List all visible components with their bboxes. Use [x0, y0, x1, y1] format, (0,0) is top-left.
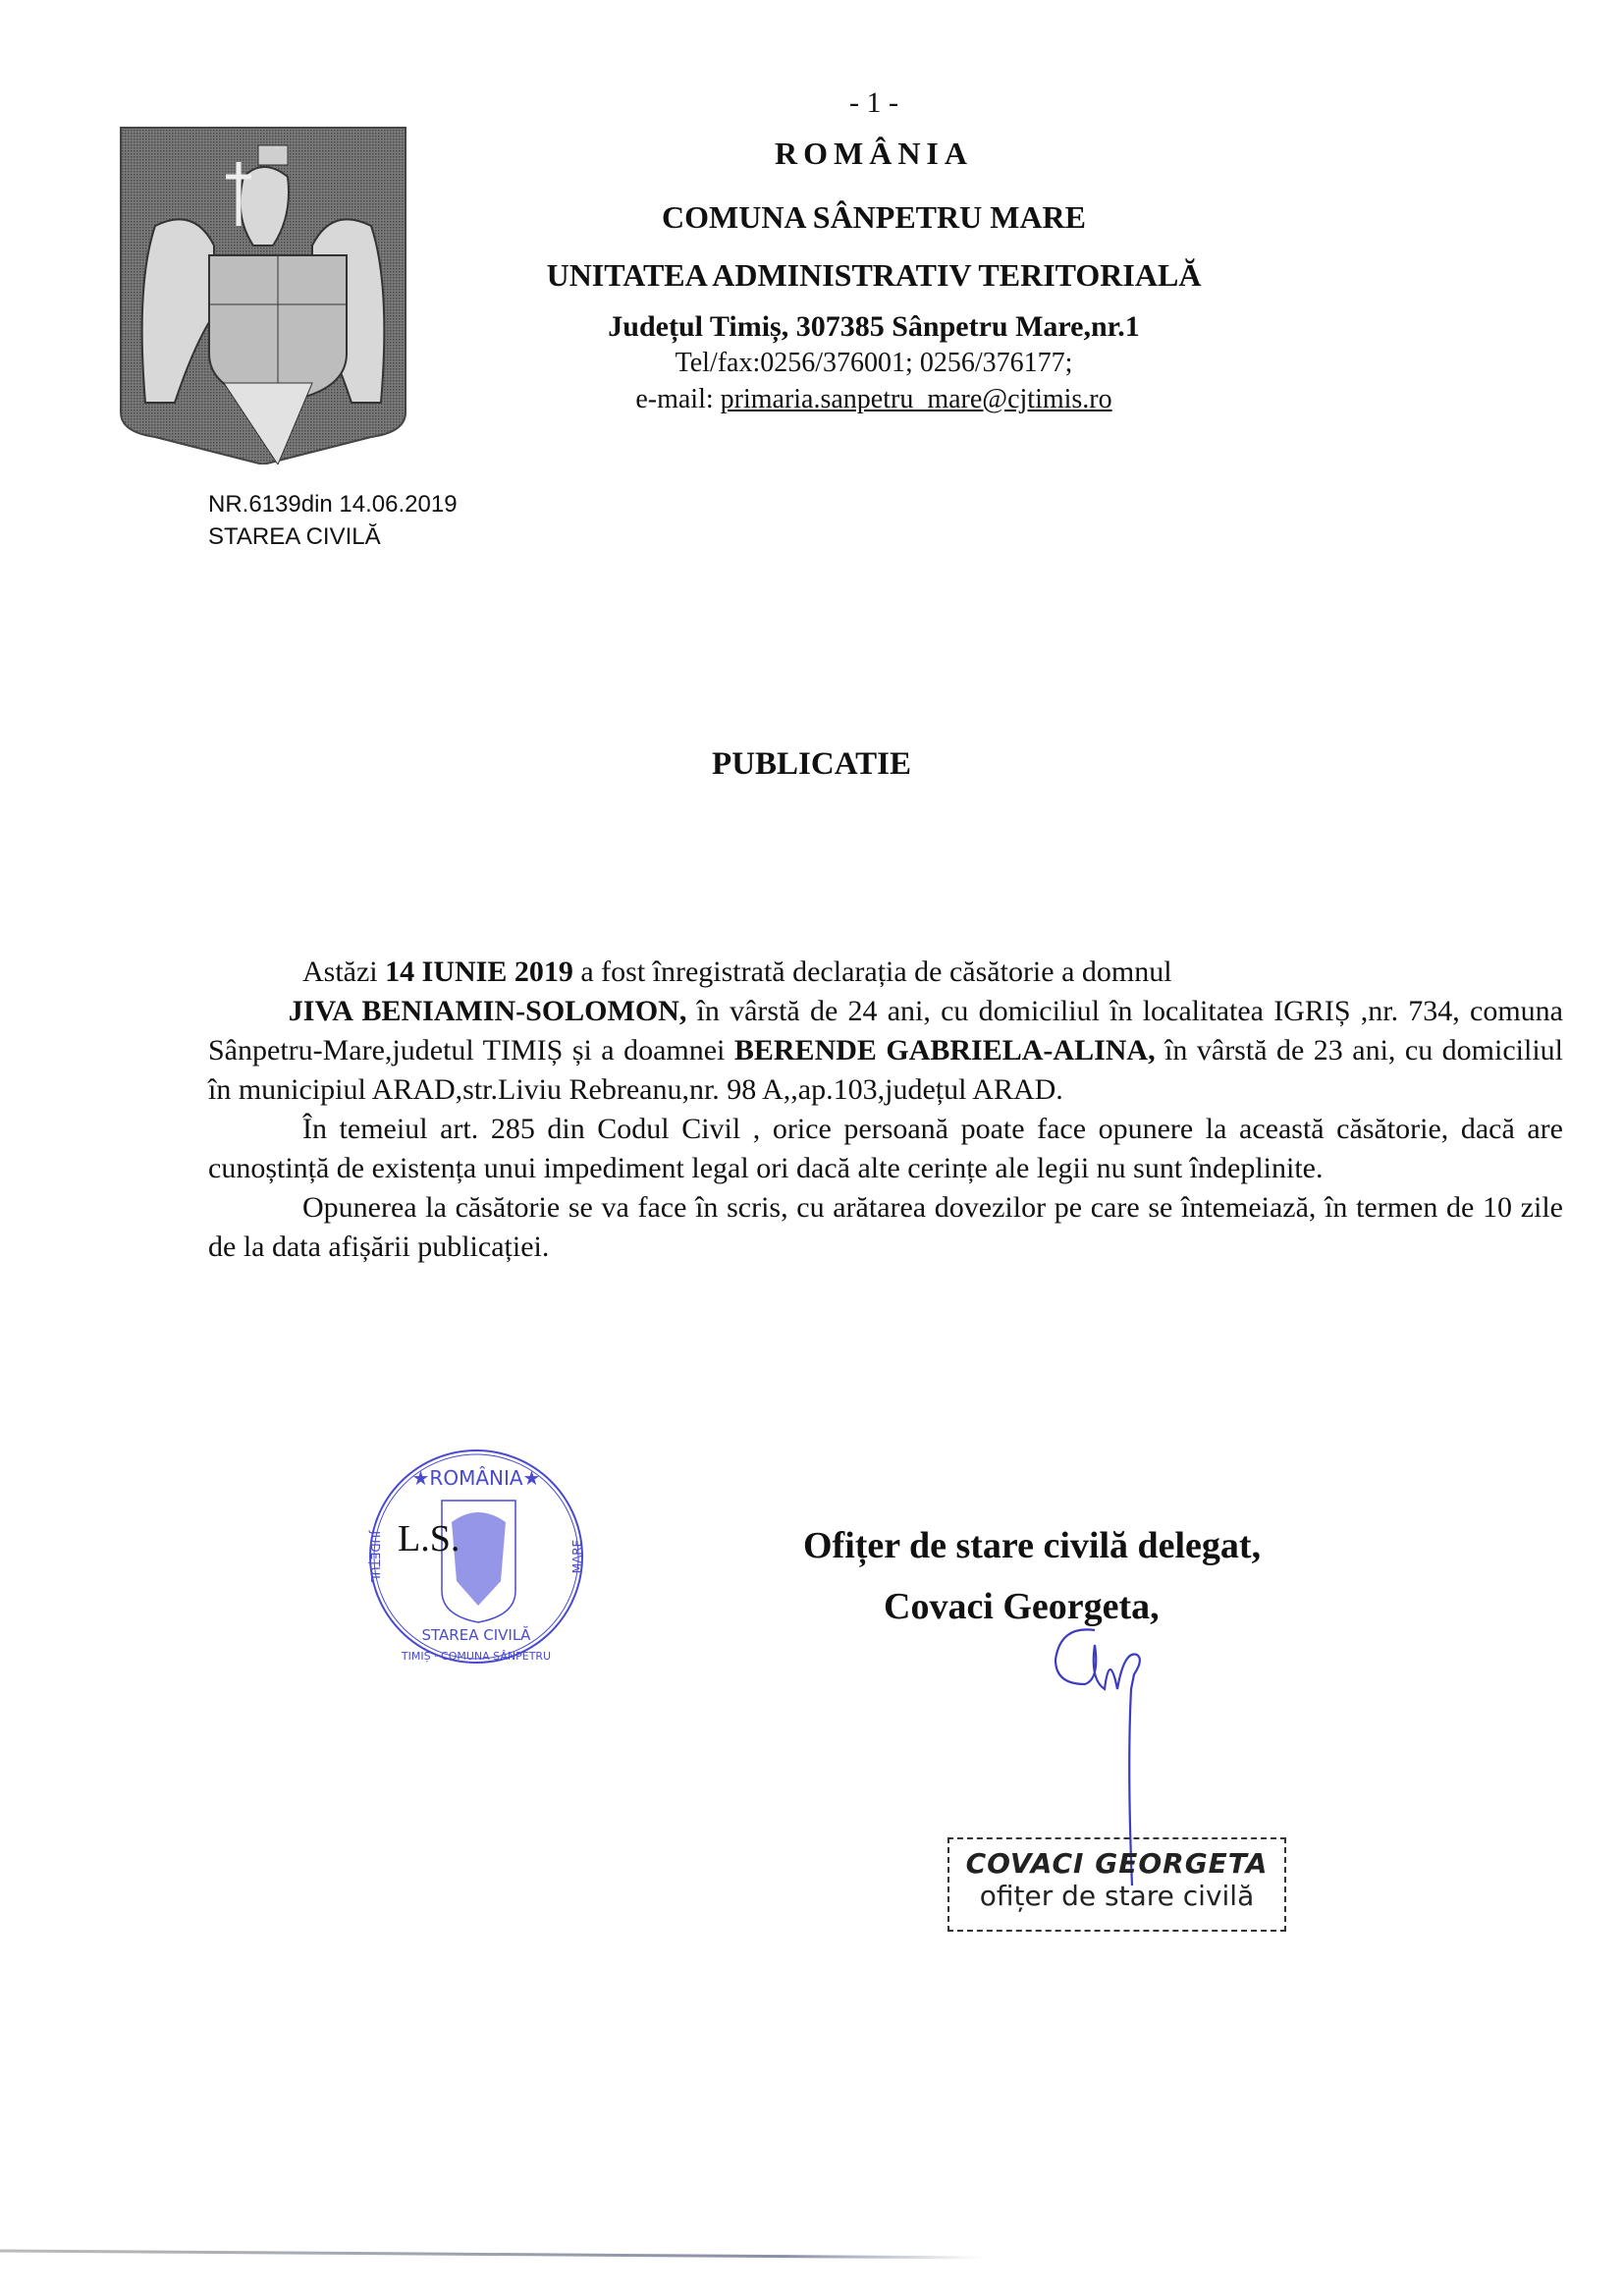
document-title: PUBLICATIE	[0, 746, 1623, 783]
address: Județul Timiș, 307385 Sânpetru Mare,nr.1	[491, 310, 1257, 344]
declaration-date: 14 IUNIE 2019	[385, 956, 573, 988]
paragraph-legal-basis: În temeiul art. 285 din Codul Civil , or…	[208, 1110, 1563, 1188]
commune-name: COMUNA SÂNPETRU MARE	[491, 199, 1257, 236]
document-body: Astăzi 14 IUNIE 2019 a fost înregistrată…	[208, 953, 1563, 1267]
paragraph-declaration: Astăzi 14 IUNIE 2019 a fost înregistrată…	[208, 953, 1563, 1110]
text: a fost înregistrată declarația de căsăto…	[573, 956, 1172, 988]
country-name: ROMÂNIA	[491, 136, 1257, 172]
bride-name: BERENDE GABRIELA-ALINA,	[734, 1034, 1156, 1066]
page-number: - 1 -	[491, 86, 1257, 120]
email-label: e-mail:	[635, 384, 720, 414]
official-stamp-icon: ★ROMÂNIA★ STAREA CIVILĂ TIMIȘ · COMUNA S…	[353, 1444, 599, 1669]
svg-text:TIMIȘ · COMUNA SÂNPETRU: TIMIȘ · COMUNA SÂNPETRU	[401, 1650, 551, 1663]
svg-text:★ROMÂNIA★: ★ROMÂNIA★	[412, 1466, 541, 1490]
svg-text:STAREA CIVILĂ: STAREA CIVILĂ	[422, 1625, 532, 1644]
registration-number: NR.6139din 14.06.2019	[208, 488, 458, 520]
phone-fax: Tel/fax:0256/376001; 0256/376177;	[491, 348, 1257, 379]
officer-role: ofițer de stare civilă	[949, 1880, 1284, 1912]
department: STAREA CIVILĂ	[208, 520, 458, 553]
officer-name: COVACI GEORGETA	[949, 1847, 1284, 1880]
svg-text:JUDEȚUL: JUDEȚUL	[368, 1530, 382, 1582]
text: Astăzi	[302, 956, 385, 988]
email-link[interactable]: primaria.sanpetru_mare@cjtimis.ro	[721, 384, 1112, 414]
paragraph-opposition: Opunerea la căsătorie se va face în scri…	[208, 1188, 1563, 1267]
administrative-unit: UNITATEA ADMINISTRATIV TERITORIALĂ	[491, 257, 1257, 294]
groom-name: JIVA BENIAMIN-SOLOMON,	[289, 995, 687, 1027]
signatory-title: Ofițer de stare civilă delegat,	[803, 1524, 1261, 1567]
officer-name-stamp: COVACI GEORGETA ofițer de stare civilă	[947, 1837, 1286, 1932]
romania-coat-of-arms-icon	[116, 118, 410, 465]
registration-info: NR.6139din 14.06.2019 STAREA CIVILĂ	[208, 488, 458, 553]
svg-text:MARE: MARE	[570, 1540, 584, 1573]
scan-edge-line	[0, 2250, 982, 2260]
email-line: e-mail: primaria.sanpetru_mare@cjtimis.r…	[491, 384, 1257, 415]
locus-sigilli: L.S.	[398, 1517, 460, 1560]
